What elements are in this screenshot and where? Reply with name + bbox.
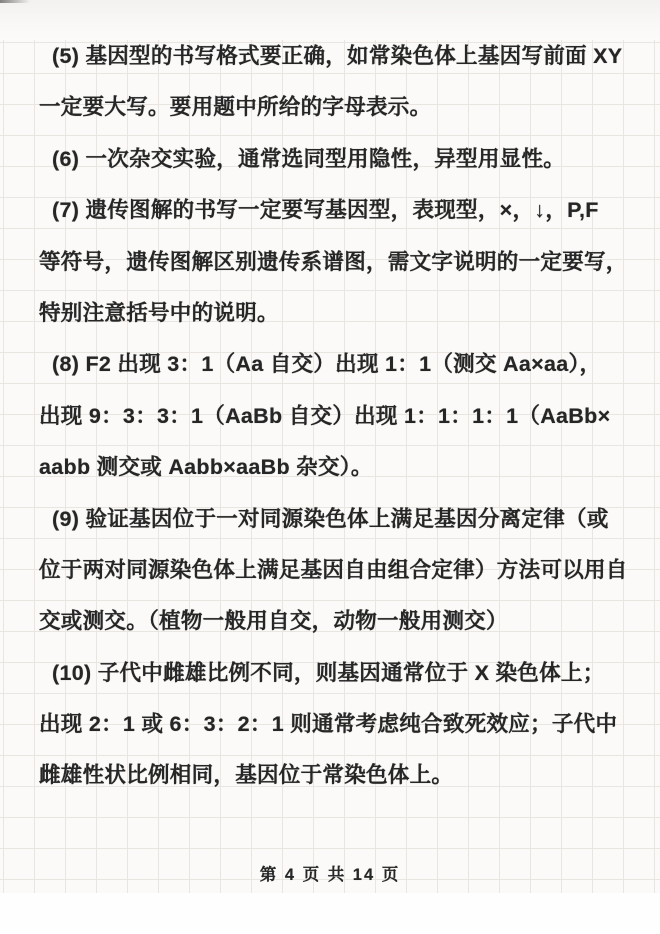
text-line: 位于两对同源染色体上满足基因自由组合定律）方法可以用自 bbox=[0, 545, 660, 596]
text-line: (10) 子代中雌雄比例不同，则基因通常位于 X 染色体上； bbox=[0, 648, 660, 699]
text-line: 特别注意括号中的说明。 bbox=[0, 288, 660, 339]
text-line: (6) 一次杂交实验，通常选同型用隐性，异型用显性。 bbox=[0, 134, 660, 185]
page: (5) 基因型的书写格式要正确，如常染色体上基因写前面 XY一定要大写。要用题中… bbox=[0, 0, 660, 934]
page-number: 第 4 页 共 14 页 bbox=[260, 866, 400, 884]
page-footer: 第 4 页 共 14 页 bbox=[0, 861, 660, 889]
text-line: (9) 验证基因位于一对同源染色体上满足基因分离定律（或 bbox=[0, 494, 660, 545]
text-line: (8) F2 出现 3：1（Aa 自交）出现 1：1（测交 Aa×aa）， bbox=[0, 339, 660, 390]
text-line: 一定要大写。要用题中所给的字母表示。 bbox=[0, 82, 660, 133]
page-bottom-margin bbox=[0, 893, 660, 934]
notes-content: (5) 基因型的书写格式要正确，如常染色体上基因写前面 XY一定要大写。要用题中… bbox=[0, 31, 660, 802]
text-line: 雌雄性状比例相同，基因位于常染色体上。 bbox=[0, 750, 660, 801]
photo-edge-artifact bbox=[0, 0, 30, 3]
text-line: (7) 遗传图解的书写一定要写基因型，表现型，×，↓，P,F bbox=[0, 185, 660, 236]
text-line: 等符号，遗传图解区别遗传系谱图，需文字说明的一定要写， bbox=[0, 237, 660, 288]
text-line: aabb 测交或 Aabb×aaBb 杂交）。 bbox=[0, 442, 660, 493]
text-line: 出现 9：3：3：1（AaBb 自交）出现 1：1：1：1（AaBb× bbox=[0, 391, 660, 442]
text-line: (5) 基因型的书写格式要正确，如常染色体上基因写前面 XY bbox=[0, 31, 660, 82]
text-line: 出现 2：1 或 6：3：2：1 则通常考虑纯合致死效应；子代中 bbox=[0, 699, 660, 750]
text-line: 交或测交。（植物一般用自交，动物一般用测交） bbox=[0, 596, 660, 647]
